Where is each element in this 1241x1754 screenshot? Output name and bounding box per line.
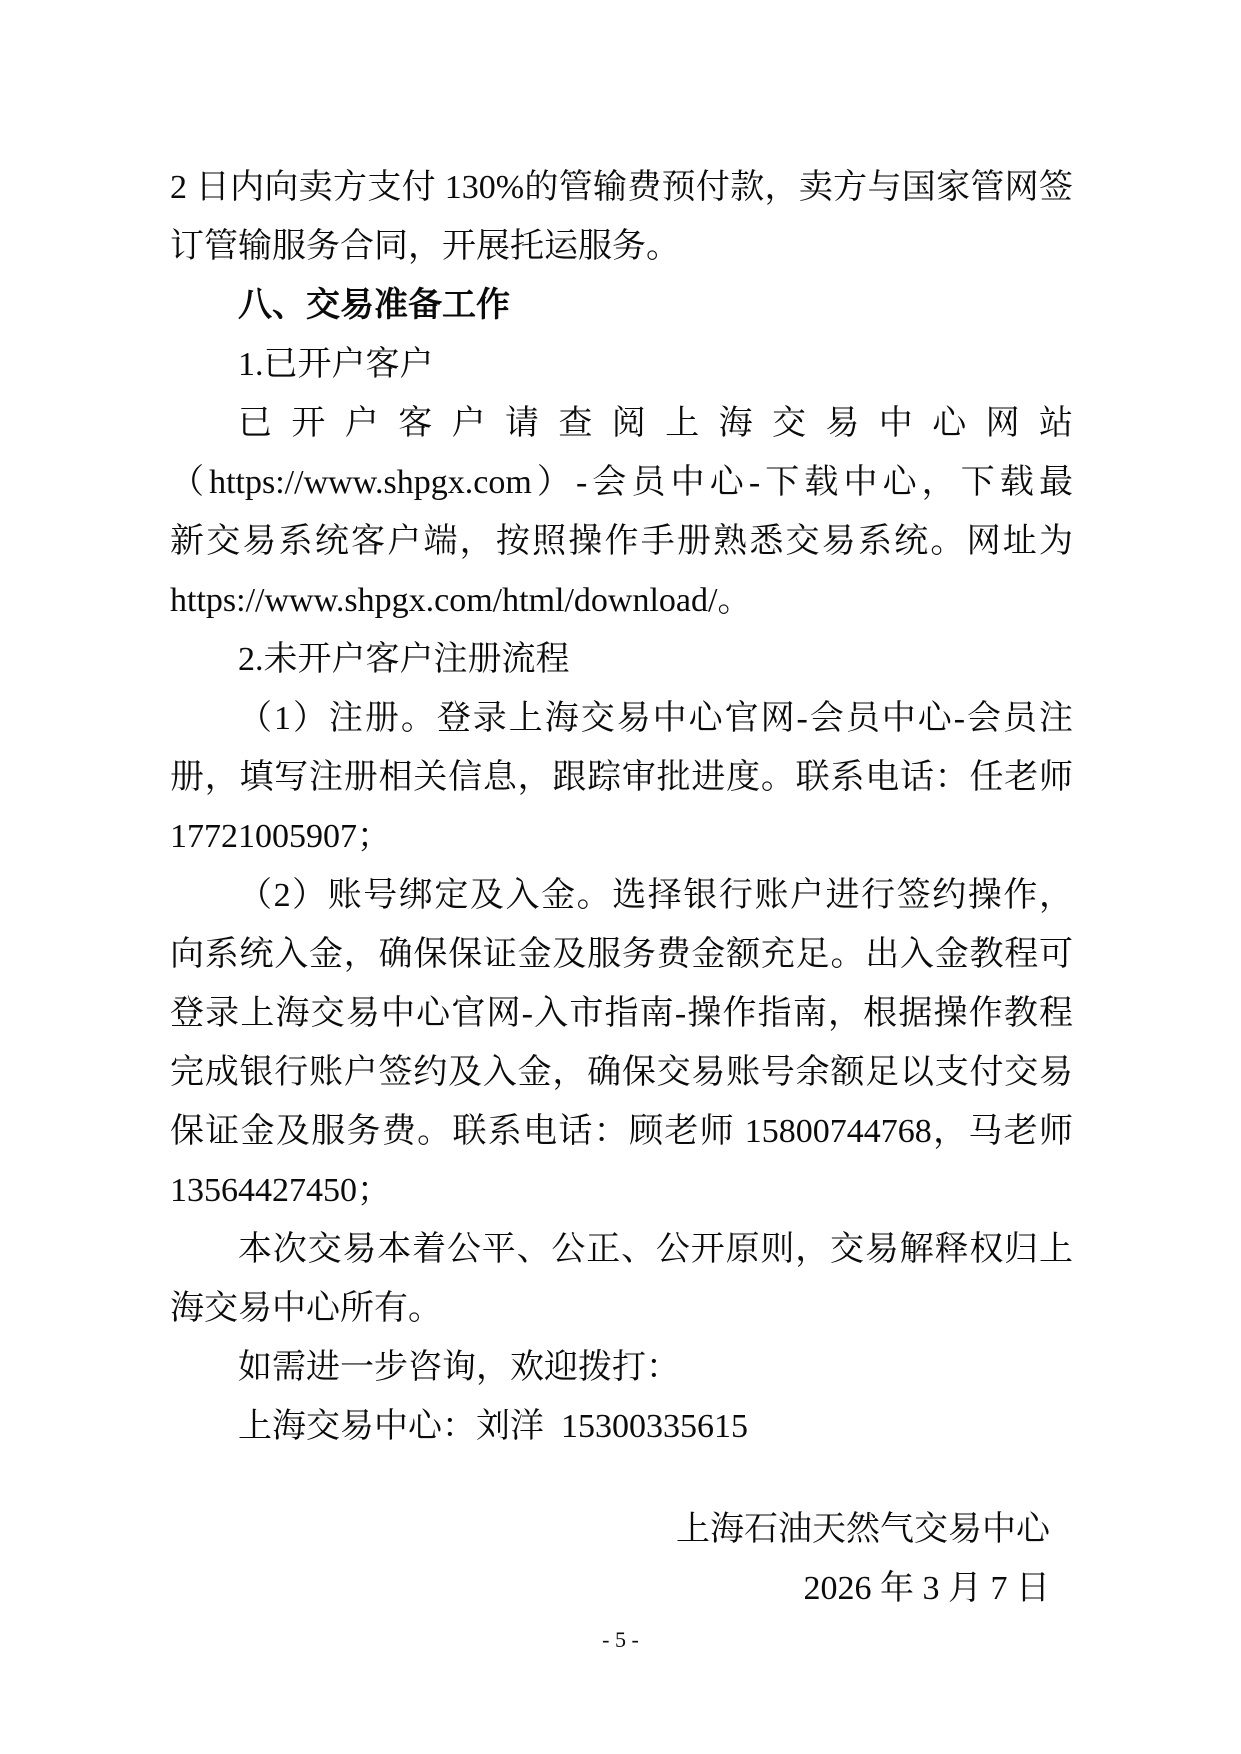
step-2-binding-line: （2）账号绑定及入金。选择银行账户进行签约操作， [170,866,1073,925]
paragraph-line: 登录上海交易中心官网-入市指南-操作指南，根据操作教程 [170,984,1073,1043]
step-1-register-line: （1）注册。登录上海交易中心官网-会员中心-会员注 [170,689,1073,748]
principle-line: 本次交易本着公平、公正、公开原则，交易解释权归上 [170,1220,1073,1279]
page-number: - 5 - [602,1627,639,1652]
paragraph-line: 海交易中心所有。 [170,1279,1073,1338]
paragraph-line: 2 日内向卖方支付 130%的管输费预付款，卖方与国家管网签 [170,158,1073,217]
inquiry-line: 如需进一步咨询，欢迎拨打： [170,1338,1073,1397]
paragraph-line: 完成银行账户签约及入金，确保交易账号余额足以支付交易 [170,1043,1073,1102]
subsection-2-heading: 2.未开户客户注册流程 [170,630,1073,689]
paragraph-line: 册，填写注册相关信息，跟踪审批进度。联系电话：任老师 [170,748,1073,807]
paragraph-line: 订管输服务合同，开展托运服务。 [170,217,1073,276]
signature-date: 2026 年 3 月 7 日 [170,1559,1073,1618]
download-url-line: https://www.shpgx.com/html/download/。 [170,571,1073,630]
paragraph-line: 新交易系统客户端，按照操作手册熟悉交易系统。网址为 [170,512,1073,571]
website-url-line: （https://www.shpgx.com）-会员中心-下载中心，下载最 [170,453,1073,512]
phone-ren-line: 17721005907； [170,807,1073,866]
paragraph-line: 已开户客户请查阅上海交易中心网站 [170,394,1073,453]
signature-organization: 上海石油天然气交易中心 [170,1500,1073,1559]
page-footer: - 5 - [0,1622,1241,1658]
phone-gu-line: 保证金及服务费。联系电话：顾老师 15800744768，马老师 [170,1102,1073,1161]
phone-ma-line: 13564427450； [170,1161,1073,1220]
paragraph-line: 向系统入金，确保保证金及服务费金额充足。出入金教程可 [170,925,1073,984]
contact-liu-line: 上海交易中心：刘洋 15300335615 [170,1397,1073,1456]
section-heading-8: 八、交易准备工作 [170,276,1073,335]
subsection-1-heading: 1.已开户客户 [170,335,1073,394]
document-page: 2 日内向卖方支付 130%的管输费预付款，卖方与国家管网签 订管输服务合同，开… [0,0,1241,1754]
page-body: 2 日内向卖方支付 130%的管输费预付款，卖方与国家管网签 订管输服务合同，开… [170,158,1073,1618]
